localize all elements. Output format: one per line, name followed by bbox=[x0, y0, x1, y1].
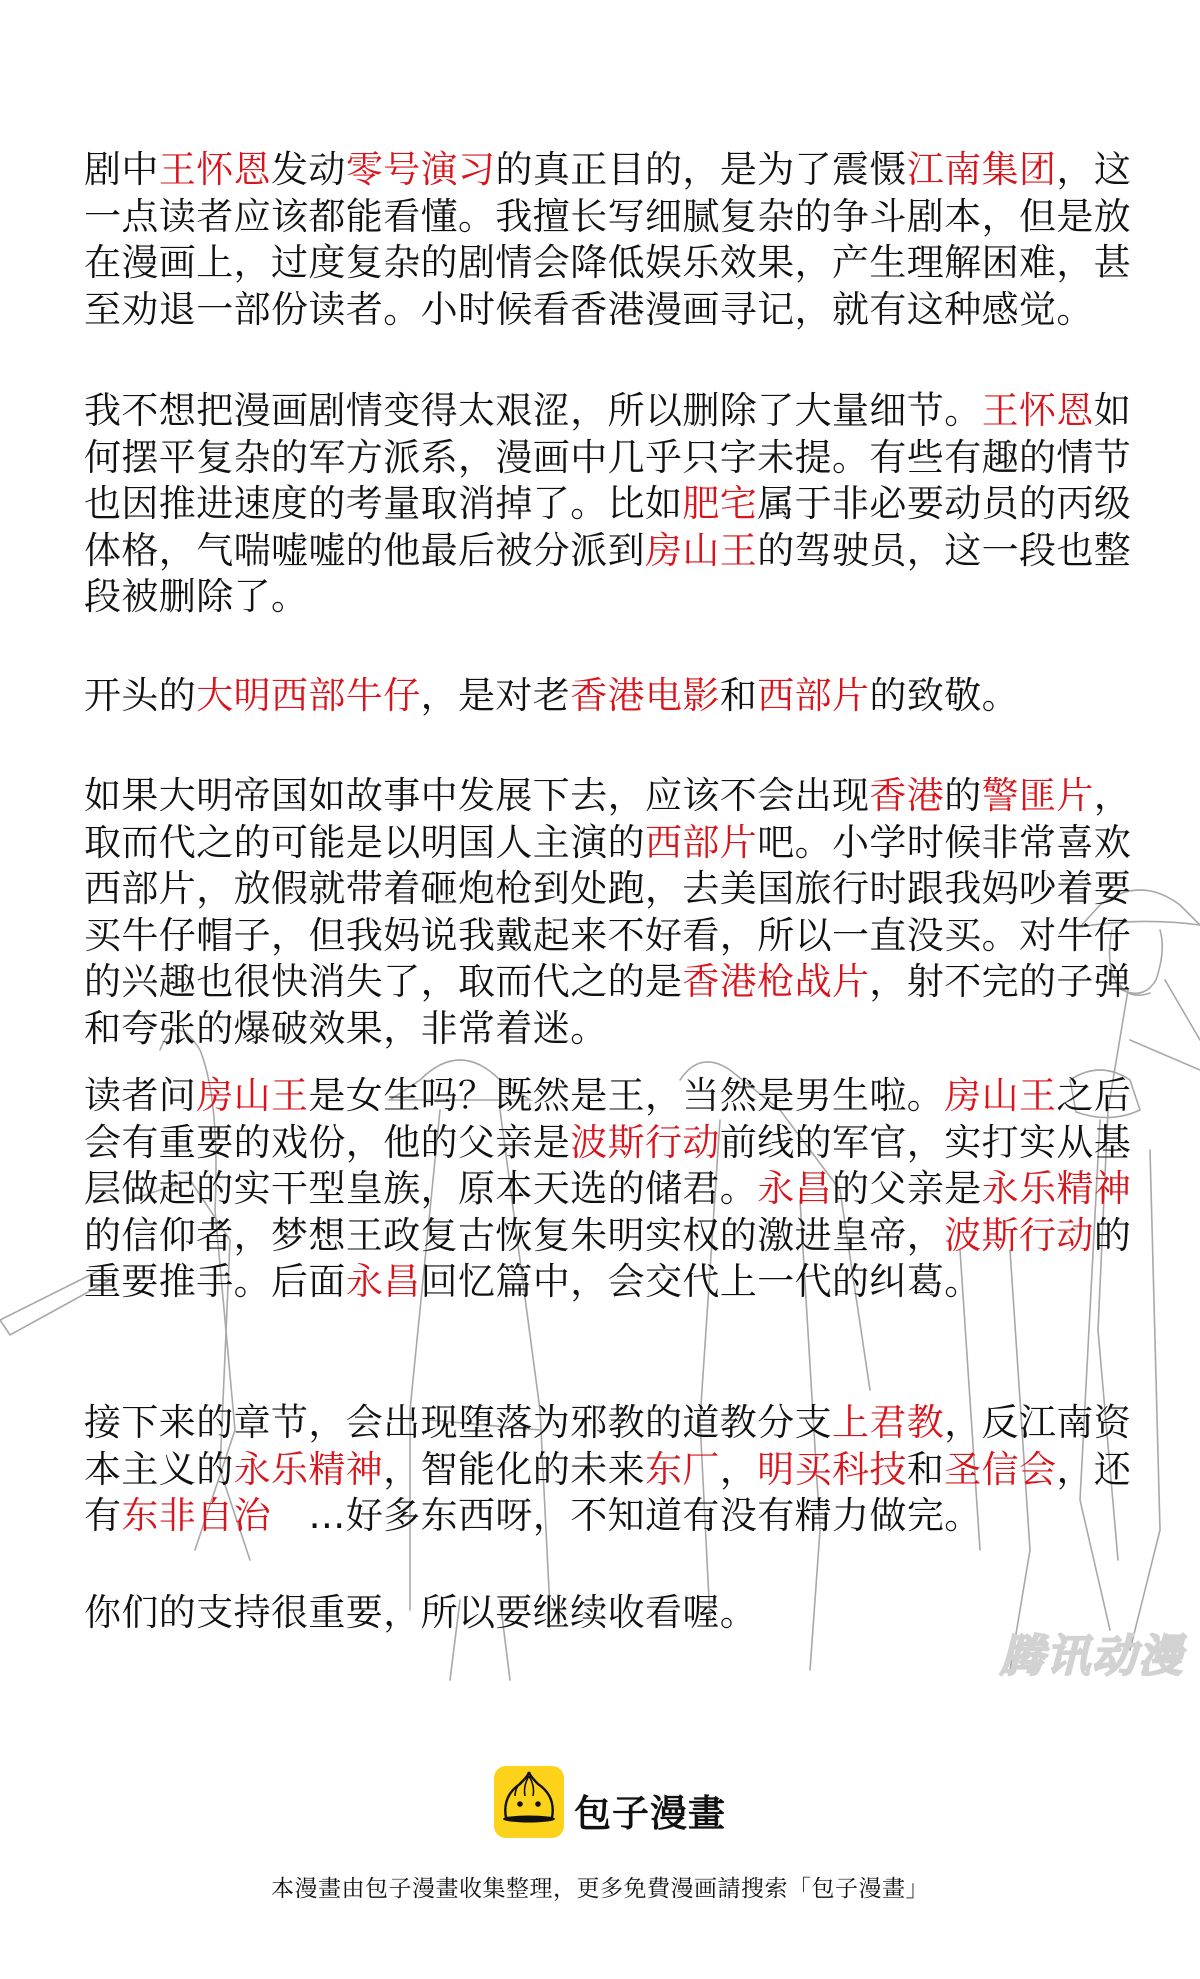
text-segment: 买牛仔帽子，但我妈说我戴起来不好看，所以一直没买。对牛仔 bbox=[84, 914, 1131, 957]
text-line: 你们的支持很重要，所以要继续收看喔。 bbox=[84, 1590, 1114, 1637]
text-segment: 是女生吗？既然是王，当然是男生啦。 bbox=[308, 1074, 944, 1117]
text-segment: 前线的军官，实打实从基 bbox=[720, 1121, 1131, 1164]
highlighted-term: 零号演习 bbox=[346, 148, 496, 191]
text-segment: 和夸张的爆破效果，非常着迷。 bbox=[84, 1007, 608, 1050]
text-line: 读者问房山王是女生吗？既然是王，当然是男生啦。房山王之后 bbox=[84, 1073, 1114, 1120]
text-segment: 西部片，放假就带着砸炮枪到处跑，去美国旅行时跟我妈吵着要 bbox=[84, 867, 1131, 910]
text-segment: 的 bbox=[944, 774, 981, 817]
highlighted-term: 江南集团 bbox=[907, 148, 1057, 191]
paragraph-5: 读者问房山王是女生吗？既然是王，当然是男生啦。房山王之后会有重要的戏份，他的父亲… bbox=[84, 1073, 1114, 1306]
text-segment: 之后 bbox=[1056, 1074, 1131, 1117]
text-segment: 有 bbox=[84, 1494, 121, 1537]
text-segment: 剧中 bbox=[84, 148, 159, 191]
text-segment: 在漫画上，过度复杂的剧情会降低娱乐效果，产生理解困难，甚 bbox=[84, 241, 1131, 284]
highlighted-term: 东非自治 bbox=[121, 1494, 271, 1537]
highlighted-term: 永乐精神 bbox=[234, 1448, 384, 1491]
text-line: 买牛仔帽子，但我妈说我戴起来不好看，所以一直没买。对牛仔 bbox=[84, 913, 1114, 960]
text-segment: 层做起的实干型皇族，原本天选的储君。 bbox=[84, 1167, 757, 1210]
paragraph-7: 你们的支持很重要，所以要继续收看喔。 bbox=[84, 1590, 1114, 1637]
text-line: 层做起的实干型皇族，原本天选的储君。永昌的父亲是永乐精神 bbox=[84, 1166, 1114, 1213]
text-segment: 我不想把漫画剧情变得太艰涩，所以删除了大量细节。 bbox=[84, 389, 982, 432]
text-segment: ，射不完的子弹 bbox=[869, 960, 1131, 1003]
highlighted-term: 东厂 bbox=[645, 1448, 720, 1491]
text-segment: 的信仰者，梦想王政复古恢复朱明实权的激进皇帝， bbox=[84, 1214, 944, 1257]
text-segment: 如果大明帝国如故事中发展下去，应该不会出现 bbox=[84, 774, 869, 817]
paragraph-3: 开头的大明西部牛仔，是对老香港电影和西部片的致敬。 bbox=[84, 673, 1114, 720]
text-line: 重要推手。后面永昌回忆篇中，会交代上一代的纠葛。 bbox=[84, 1259, 1114, 1306]
text-segment: 开头的 bbox=[84, 674, 196, 717]
text-segment: 会有重要的戏份，他的父亲是 bbox=[84, 1121, 570, 1164]
text-segment: 发动 bbox=[271, 148, 346, 191]
text-line: 和夸张的爆破效果，非常着迷。 bbox=[84, 1006, 1114, 1053]
highlighted-term: 王怀恩 bbox=[159, 148, 271, 191]
text-segment: 也因推进速度的考量取消掉了。比如 bbox=[84, 482, 682, 525]
highlighted-term: 永乐精神 bbox=[982, 1167, 1132, 1210]
highlighted-term: 肥宅 bbox=[682, 482, 757, 525]
paragraph-2: 我不想把漫画剧情变得太艰涩，所以删除了大量细节。王怀恩如何摆平复杂的军方派系，漫… bbox=[84, 388, 1114, 621]
text-line: 本主义的永乐精神，智能化的未来东厂，明买科技和圣信会，还 bbox=[84, 1447, 1114, 1494]
paragraph-1: 剧中王怀恩发动零号演习的真正目的，是为了震慑江南集团，这一点读者应该都能看懂。我… bbox=[84, 147, 1114, 333]
paragraph-6: 接下来的章节，会出现堕落为邪教的道教分支上君教，反江南资本主义的永乐精神，智能化… bbox=[84, 1400, 1114, 1540]
text-segment: ， bbox=[720, 1448, 757, 1491]
text-line: 剧中王怀恩发动零号演习的真正目的，是为了震慑江南集团，这 bbox=[84, 147, 1114, 194]
text-line: 的信仰者，梦想王政复古恢复朱明实权的激进皇帝，波斯行动的 bbox=[84, 1213, 1114, 1260]
text-segment: ，这 bbox=[1056, 148, 1131, 191]
text-line: 何摆平复杂的军方派系，漫画中几乎只字未提。有些有趣的情节 bbox=[84, 435, 1114, 482]
text-segment: 重要推手。后面 bbox=[84, 1260, 346, 1303]
highlighted-term: 房山王 bbox=[645, 529, 757, 572]
text-segment: …好多东西呀，不知道有没有精力做完。 bbox=[271, 1494, 982, 1537]
text-line: 开头的大明西部牛仔，是对老香港电影和西部片的致敬。 bbox=[84, 673, 1114, 720]
text-line: 如果大明帝国如故事中发展下去，应该不会出现香港的警匪片， bbox=[84, 773, 1114, 820]
baozi-logo-text: 包子漫畫 bbox=[574, 1783, 726, 1837]
highlighted-term: 永昌 bbox=[346, 1260, 421, 1303]
text-segment: ，还 bbox=[1056, 1448, 1131, 1491]
text-segment: ，是对老 bbox=[421, 674, 571, 717]
text-segment: 的兴趣也很快消失了，取而代之的是 bbox=[84, 960, 682, 1003]
highlighted-term: 王怀恩 bbox=[982, 389, 1094, 432]
text-segment: 至劝退一部份读者。小时候看香港漫画寻记，就有这种感觉。 bbox=[84, 288, 1094, 331]
text-segment: 读者问 bbox=[84, 1074, 196, 1117]
text-segment: 接下来的章节，会出现堕落为邪教的道教分支 bbox=[84, 1401, 832, 1444]
text-segment: ， bbox=[1094, 774, 1131, 817]
text-segment: 和 bbox=[720, 674, 757, 717]
text-segment: ，反江南资 bbox=[944, 1401, 1131, 1444]
highlighted-term: 房山王 bbox=[944, 1074, 1056, 1117]
text-line: 在漫画上，过度复杂的剧情会降低娱乐效果，产生理解困难，甚 bbox=[84, 240, 1114, 287]
text-segment: 体格，气喘嘘嘘的他最后被分派到 bbox=[84, 529, 645, 572]
highlighted-term: 警匪片 bbox=[982, 774, 1094, 817]
text-segment: 的致敬。 bbox=[869, 674, 1019, 717]
text-segment: 如 bbox=[1094, 389, 1131, 432]
text-line: 取而代之的可能是以明国人主演的西部片吧。小学时候非常喜欢 bbox=[84, 820, 1114, 867]
text-line: 西部片，放假就带着砸炮枪到处跑，去美国旅行时跟我妈吵着要 bbox=[84, 866, 1114, 913]
text-segment: 取而代之的可能是以明国人主演的 bbox=[84, 821, 645, 864]
text-line: 段被删除了。 bbox=[84, 574, 1114, 621]
text-line: 的兴趣也很快消失了，取而代之的是香港枪战片，射不完的子弹 bbox=[84, 959, 1114, 1006]
text-line: 我不想把漫画剧情变得太艰涩，所以删除了大量细节。王怀恩如 bbox=[84, 388, 1114, 435]
highlighted-term: 明买科技 bbox=[757, 1448, 907, 1491]
highlighted-term: 大明西部牛仔 bbox=[196, 674, 420, 717]
text-segment: 的真正目的，是为了震慑 bbox=[495, 148, 906, 191]
text-segment: 段被删除了。 bbox=[84, 575, 308, 618]
highlighted-term: 香港 bbox=[869, 774, 944, 817]
text-line: 接下来的章节，会出现堕落为邪教的道教分支上君教，反江南资 bbox=[84, 1400, 1114, 1447]
text-line: 至劝退一部份读者。小时候看香港漫画寻记，就有这种感觉。 bbox=[84, 287, 1114, 334]
highlighted-term: 西部片 bbox=[645, 821, 757, 864]
text-segment: 吧。小学时候非常喜欢 bbox=[757, 821, 1131, 864]
text-segment: 你们的支持很重要，所以要继续收看喔。 bbox=[84, 1591, 757, 1634]
text-segment: 回忆篇中，会交代上一代的纠葛。 bbox=[421, 1260, 982, 1303]
text-segment: ，智能化的未来 bbox=[383, 1448, 645, 1491]
highlighted-term: 圣信会 bbox=[944, 1448, 1056, 1491]
tencent-comics-watermark: 腾讯动漫 bbox=[1000, 1620, 1184, 1684]
text-segment: 属于非必要动员的丙级 bbox=[757, 482, 1131, 525]
text-line: 会有重要的戏份，他的父亲是波斯行动前线的军官，实打实从基 bbox=[84, 1120, 1114, 1167]
text-segment: 本主义的 bbox=[84, 1448, 234, 1491]
text-line: 也因推进速度的考量取消掉了。比如肥宅属于非必要动员的丙级 bbox=[84, 481, 1114, 528]
text-line: 体格，气喘嘘嘘的他最后被分派到房山王的驾驶员，这一段也整 bbox=[84, 528, 1114, 575]
highlighted-term: 波斯行动 bbox=[944, 1214, 1094, 1257]
baozi-logo-icon bbox=[494, 1766, 564, 1838]
text-line: 有东非自治 …好多东西呀，不知道有没有精力做完。 bbox=[84, 1493, 1114, 1540]
highlighted-term: 西部片 bbox=[757, 674, 869, 717]
highlighted-term: 永昌 bbox=[757, 1167, 832, 1210]
text-segment: 的驾驶员，这一段也整 bbox=[757, 529, 1131, 572]
text-segment: 的父亲是 bbox=[832, 1167, 982, 1210]
paragraph-4: 如果大明帝国如故事中发展下去，应该不会出现香港的警匪片，取而代之的可能是以明国人… bbox=[84, 773, 1114, 1052]
text-segment: 何摆平复杂的军方派系，漫画中几乎只字未提。有些有趣的情节 bbox=[84, 436, 1131, 479]
text-line: 一点读者应该都能看懂。我擅长写细腻复杂的争斗剧本，但是放 bbox=[84, 194, 1114, 241]
highlighted-term: 香港电影 bbox=[570, 674, 720, 717]
text-segment: 的 bbox=[1094, 1214, 1131, 1257]
highlighted-term: 上君教 bbox=[832, 1401, 944, 1444]
footer-caption: 本漫畫由包子漫畫收集整理，更多免費漫画請搜索「包子漫畫」 bbox=[0, 1870, 1200, 1903]
highlighted-term: 香港枪战片 bbox=[682, 960, 869, 1003]
text-segment: 和 bbox=[907, 1448, 944, 1491]
highlighted-term: 波斯行动 bbox=[570, 1121, 720, 1164]
text-segment: 一点读者应该都能看懂。我擅长写细腻复杂的争斗剧本，但是放 bbox=[84, 195, 1131, 238]
highlighted-term: 房山王 bbox=[196, 1074, 308, 1117]
